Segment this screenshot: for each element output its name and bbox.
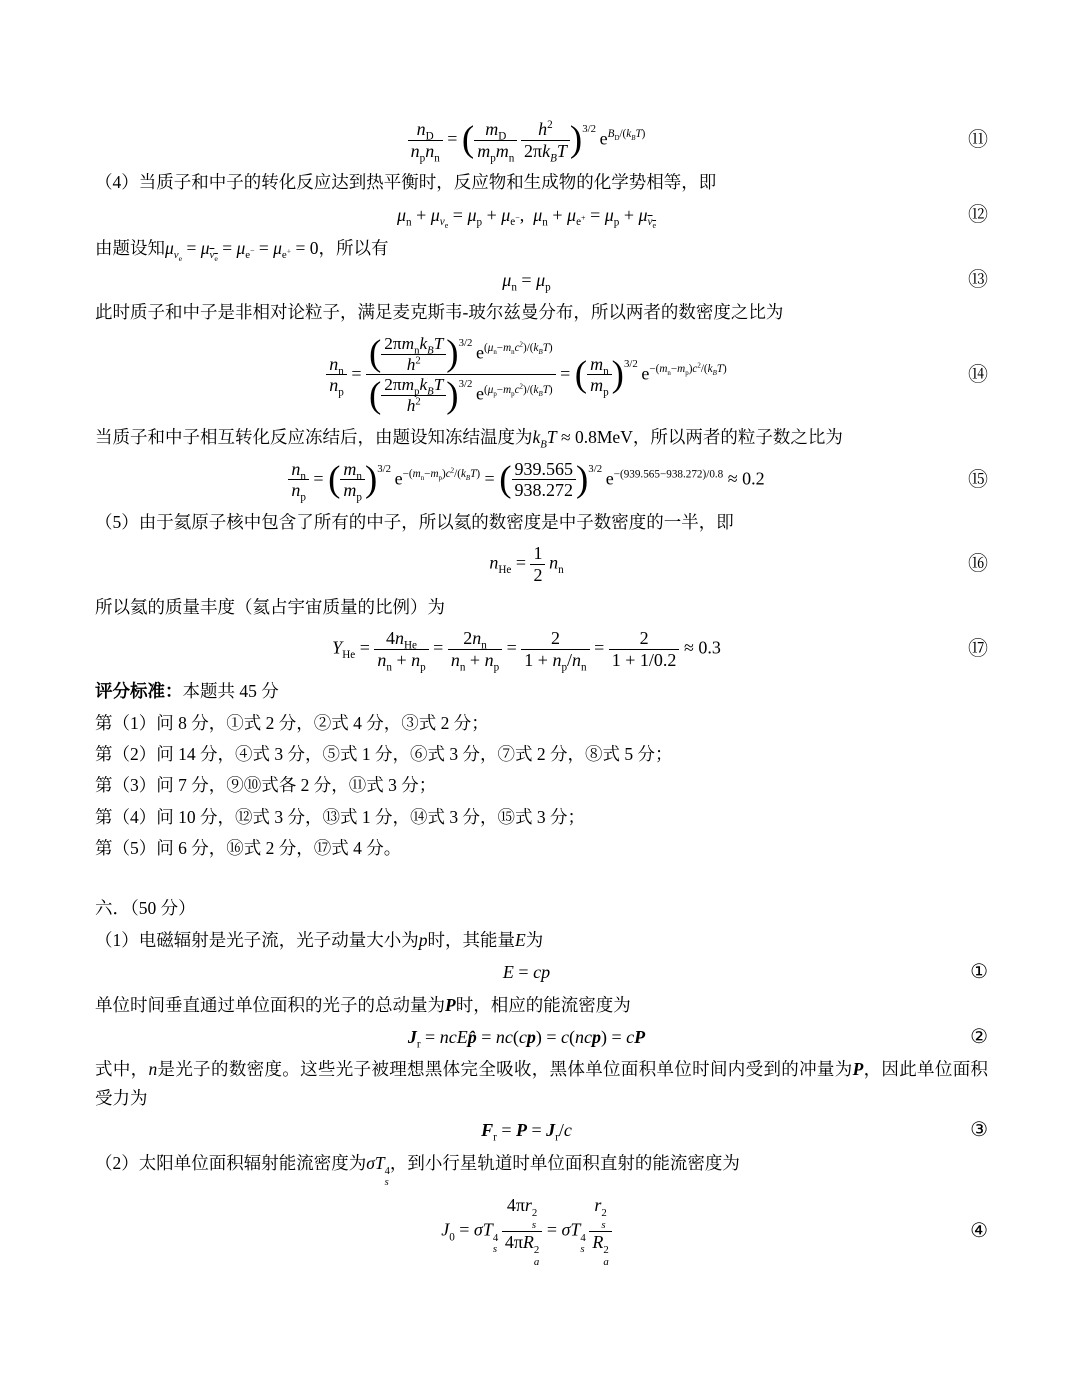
para-scoring-q1: 第（1）问 8 分，①式 2 分，②式 4 分，③式 2 分；: [95, 709, 988, 737]
equation-11-number: ⑪: [958, 130, 988, 150]
para-six-part2: （2）太阳单位面积辐射能流密度为σT4s，到小行星轨道时单位面积直射的能流密度为: [95, 1149, 988, 1188]
para-six-part1: （1）电磁辐射是光子流，光子动量大小为p时，其能量E为: [95, 926, 988, 954]
para-part5: （5）由于氦原子核中包含了所有的中子，所以氦的数密度是中子数密度的一半，即: [95, 508, 988, 536]
equation-13-number: ⑬: [958, 270, 988, 290]
para-scoring-q4: 第（4）问 10 分，⑫式 3 分，⑬式 1 分，⑭式 3 分，⑮式 3 分；: [95, 803, 988, 831]
para-freeze-out: 当质子和中子相互转化反应冻结后，由题设知冻结温度为kBT ≈ 0.8MeV，所以…: [95, 423, 988, 451]
document-content: nDnpnn = (mDmpmn h22πkBT)3/2 eBD/(kBT)⑪（…: [95, 119, 988, 1268]
para-scoring-q5: 第（5）问 6 分，⑯式 2 分，⑰式 4 分。: [95, 834, 988, 862]
para-blackbody-absorb: 式中，n是光子的数密度。这些光子被理想黑体完全吸收，黑体单位面积单位时间内受到的…: [95, 1055, 988, 1112]
equation-2: Jr = ncEp̂ = nc(cp) = c(ncp) = cP②: [95, 1026, 988, 1049]
equation-3-math: Fr = P = Jr/c: [95, 1119, 958, 1142]
equation-14: nnnp = (2πmnkBTh2)3/2 e(μn−mnc2)/(kBT)(2…: [95, 334, 988, 416]
equation-4-math: J0 = σT4s 4πr2s4πR2a = σT4s r2sR2a: [95, 1195, 958, 1268]
equation-11: nDnpnn = (mDmpmn h22πkBT)3/2 eBD/(kBT)⑪: [95, 119, 988, 161]
equation-16-math: nHe = 12 nn: [95, 543, 958, 585]
document-page: nDnpnn = (mDmpmn h22πkBT)3/2 eBD/(kBT)⑪（…: [0, 0, 1080, 1398]
equation-15-number: ⑮: [958, 470, 988, 490]
equation-4-number: ④: [958, 1221, 988, 1241]
equation-13: μn = μp⑬: [95, 269, 988, 292]
equation-1: E = cp①: [95, 961, 988, 984]
para-scoring-q3: 第（3）问 7 分，⑨⑩式各 2 分，⑪式 3 分；: [95, 771, 988, 799]
equation-12-math: μn + μνe = μp + μe−, μn + μe+ = μp + μνe: [95, 204, 958, 227]
equation-4: J0 = σT4s 4πr2s4πR2a = σT4s r2sR2a④: [95, 1195, 988, 1268]
equation-13-math: μn = μp: [95, 269, 958, 292]
para-scoring-title: 评分标准：本题共 45 分: [95, 677, 988, 705]
blank-line: [95, 865, 988, 891]
para-maxwell-boltzmann: 此时质子和中子是非相对论粒子，满足麦克斯韦-玻尔兹曼分布，所以两者的数密度之比为: [95, 298, 988, 326]
equation-2-number: ②: [958, 1027, 988, 1047]
equation-14-math: nnnp = (2πmnkBTh2)3/2 e(μn−mnc2)/(kBT)(2…: [95, 334, 958, 416]
equation-12-number: ⑫: [958, 205, 988, 225]
equation-3-number: ③: [958, 1120, 988, 1140]
para-scoring-q2: 第（2）问 14 分，④式 3 分，⑤式 1 分，⑥式 3 分，⑦式 2 分，⑧…: [95, 740, 988, 768]
equation-12: μn + μνe = μp + μe−, μn + μe+ = μp + μνe…: [95, 204, 988, 227]
equation-16: nHe = 12 nn⑯: [95, 543, 988, 585]
equation-3: Fr = P = Jr/c③: [95, 1119, 988, 1142]
equation-15-math: nnnp = (mnmp)3/2 e−(mn−mp)c2/(kBT) = (93…: [95, 459, 958, 501]
para-photon-momentum: 单位时间垂直通过单位面积的光子的总动量为P时，相应的能流密度为: [95, 991, 988, 1019]
para-chemical-potential: 由题设知μνe = μνe = μe− = μe+ = 0，所以有: [95, 234, 988, 262]
equation-2-math: Jr = ncEp̂ = nc(cp) = c(ncp) = cP: [95, 1026, 958, 1049]
equation-15: nnnp = (mnmp)3/2 e−(mn−mp)c2/(kBT) = (93…: [95, 459, 988, 501]
equation-16-number: ⑯: [958, 554, 988, 574]
para-part4: （4）当质子和中子的转化反应达到热平衡时，反应物和生成物的化学势相等，即: [95, 168, 988, 196]
equation-17-math: YHe = 4nHenn + np = 2nnnn + np = 21 + np…: [95, 628, 958, 670]
equation-1-number: ①: [958, 962, 988, 982]
equation-17-number: ⑰: [958, 639, 988, 659]
para-mass-abundance: 所以氦的质量丰度（氦占宇宙质量的比例）为: [95, 593, 988, 621]
para-section-six: 六．（50 分）: [95, 894, 988, 922]
equation-11-math: nDnpnn = (mDmpmn h22πkBT)3/2 eBD/(kBT): [95, 119, 958, 161]
equation-17: YHe = 4nHenn + np = 2nnnn + np = 21 + np…: [95, 628, 988, 670]
equation-1-math: E = cp: [95, 961, 958, 984]
equation-14-number: ⑭: [958, 365, 988, 385]
